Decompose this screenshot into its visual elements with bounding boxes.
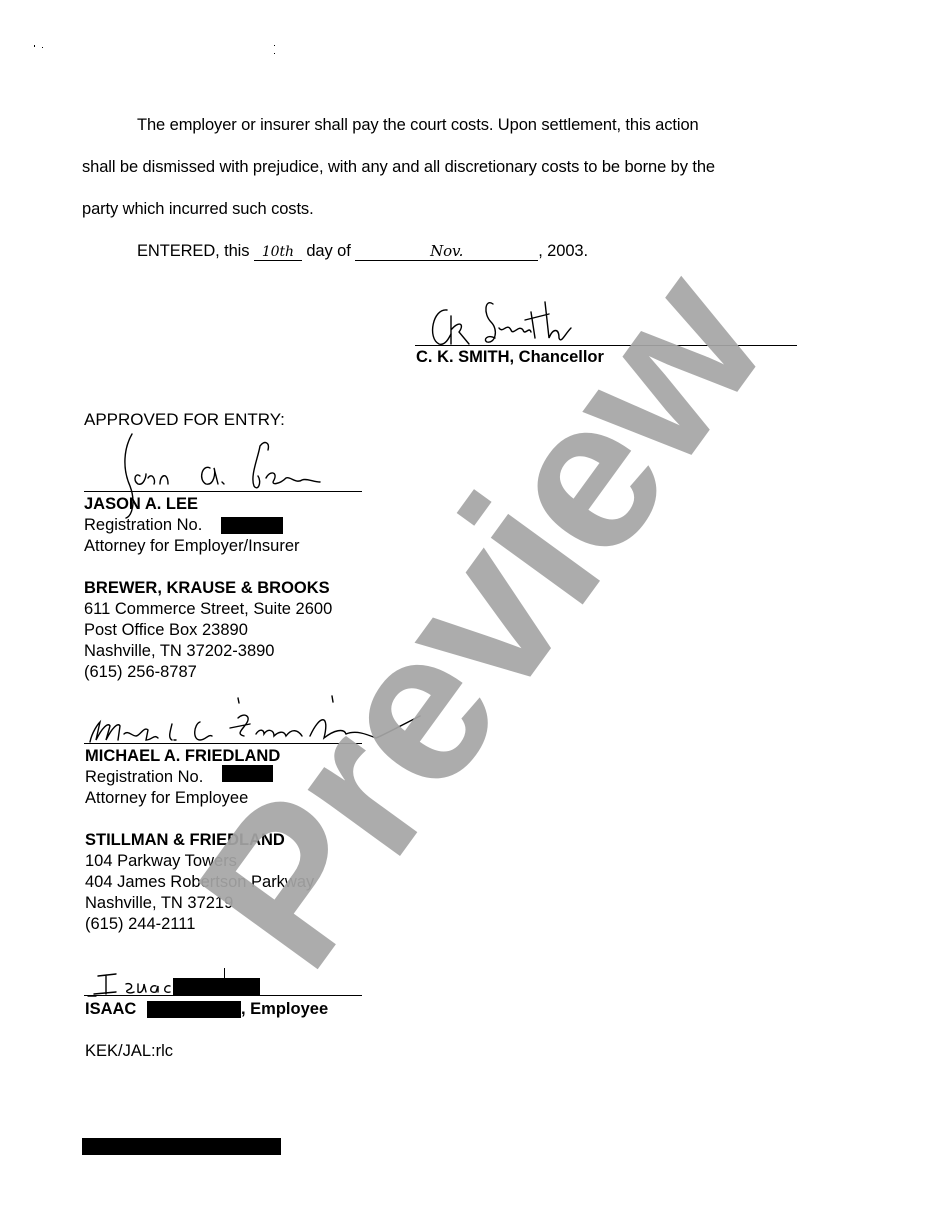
scan-speck bbox=[274, 45, 275, 46]
paragraph-line-3: party which incurred such costs. bbox=[82, 200, 314, 219]
entered-prefix: ENTERED, this bbox=[137, 242, 249, 260]
michael-friedland-signature bbox=[88, 694, 428, 748]
entered-day-handwritten: 10th bbox=[262, 244, 294, 260]
footer-redaction bbox=[82, 1138, 281, 1155]
jason-lee-role: Attorney for Employer/Insurer bbox=[84, 536, 300, 557]
chancellor-signature bbox=[425, 298, 625, 348]
entered-month-blank: Nov. bbox=[355, 242, 538, 261]
registration-label: Registration No. bbox=[85, 768, 203, 786]
michael-friedland-role: Attorney for Employee bbox=[85, 788, 248, 809]
firm-address-line: 404 James Robertson Parkway bbox=[85, 872, 314, 893]
scan-speck bbox=[274, 53, 275, 54]
firm-address-line: Post Office Box 23890 bbox=[84, 620, 248, 641]
scan-speck bbox=[34, 45, 35, 47]
typist-initials: KEK/JAL:rlc bbox=[85, 1041, 173, 1062]
signature-stroke bbox=[224, 968, 225, 978]
firm-phone: (615) 256-8787 bbox=[84, 662, 197, 683]
isaac-signature bbox=[86, 968, 186, 998]
firm-phone: (615) 244-2111 bbox=[85, 914, 195, 935]
registration-redaction bbox=[221, 517, 283, 534]
jason-lee-registration: Registration No. bbox=[84, 515, 202, 536]
entered-line: ENTERED, this 10th day of Nov., 2003. bbox=[137, 242, 588, 261]
entered-middle: day of bbox=[306, 242, 350, 260]
registration-label: Registration No. bbox=[84, 516, 202, 534]
scan-speck bbox=[42, 47, 43, 48]
chancellor-signature-line bbox=[415, 345, 797, 346]
firm-name-brewer: BREWER, KRAUSE & BROOKS bbox=[84, 578, 330, 599]
isaac-role: , Employee bbox=[241, 999, 328, 1020]
jason-lee-name: JASON A. LEE bbox=[84, 494, 198, 515]
firm-address-line: Nashville, TN 37202-3890 bbox=[84, 641, 274, 662]
document-page: The employer or insurer shall pay the co… bbox=[0, 0, 939, 1210]
firm-address-line: 104 Parkway Towers bbox=[85, 851, 237, 872]
paragraph-line-2: shall be dismissed with prejudice, with … bbox=[82, 158, 715, 177]
signature-redaction bbox=[173, 978, 260, 996]
jason-lee-signature-line bbox=[84, 491, 362, 492]
registration-redaction bbox=[222, 765, 273, 782]
firm-address-line: Nashville, TN 37219 bbox=[85, 893, 233, 914]
firm-address-line: 611 Commerce Street, Suite 2600 bbox=[84, 599, 332, 620]
michael-friedland-name: MICHAEL A. FRIEDLAND bbox=[85, 746, 280, 767]
surname-redaction bbox=[147, 1001, 241, 1018]
isaac-signature-line bbox=[84, 995, 362, 996]
entered-suffix: , 2003. bbox=[538, 242, 588, 260]
paragraph-line-1: The employer or insurer shall pay the co… bbox=[137, 116, 699, 135]
approved-heading: APPROVED FOR ENTRY: bbox=[84, 409, 285, 430]
isaac-name-line: ISAAC bbox=[85, 999, 136, 1020]
michael-friedland-signature-line bbox=[84, 743, 362, 744]
entered-day-blank: 10th bbox=[254, 244, 302, 261]
isaac-first-name: ISAAC bbox=[85, 1000, 136, 1018]
entered-month-handwritten: Nov. bbox=[430, 242, 463, 260]
firm-name-stillman: STILLMAN & FRIEDLAND bbox=[85, 830, 285, 851]
michael-friedland-registration: Registration No. bbox=[85, 767, 203, 788]
chancellor-name-title: C. K. SMITH, Chancellor bbox=[416, 347, 604, 368]
